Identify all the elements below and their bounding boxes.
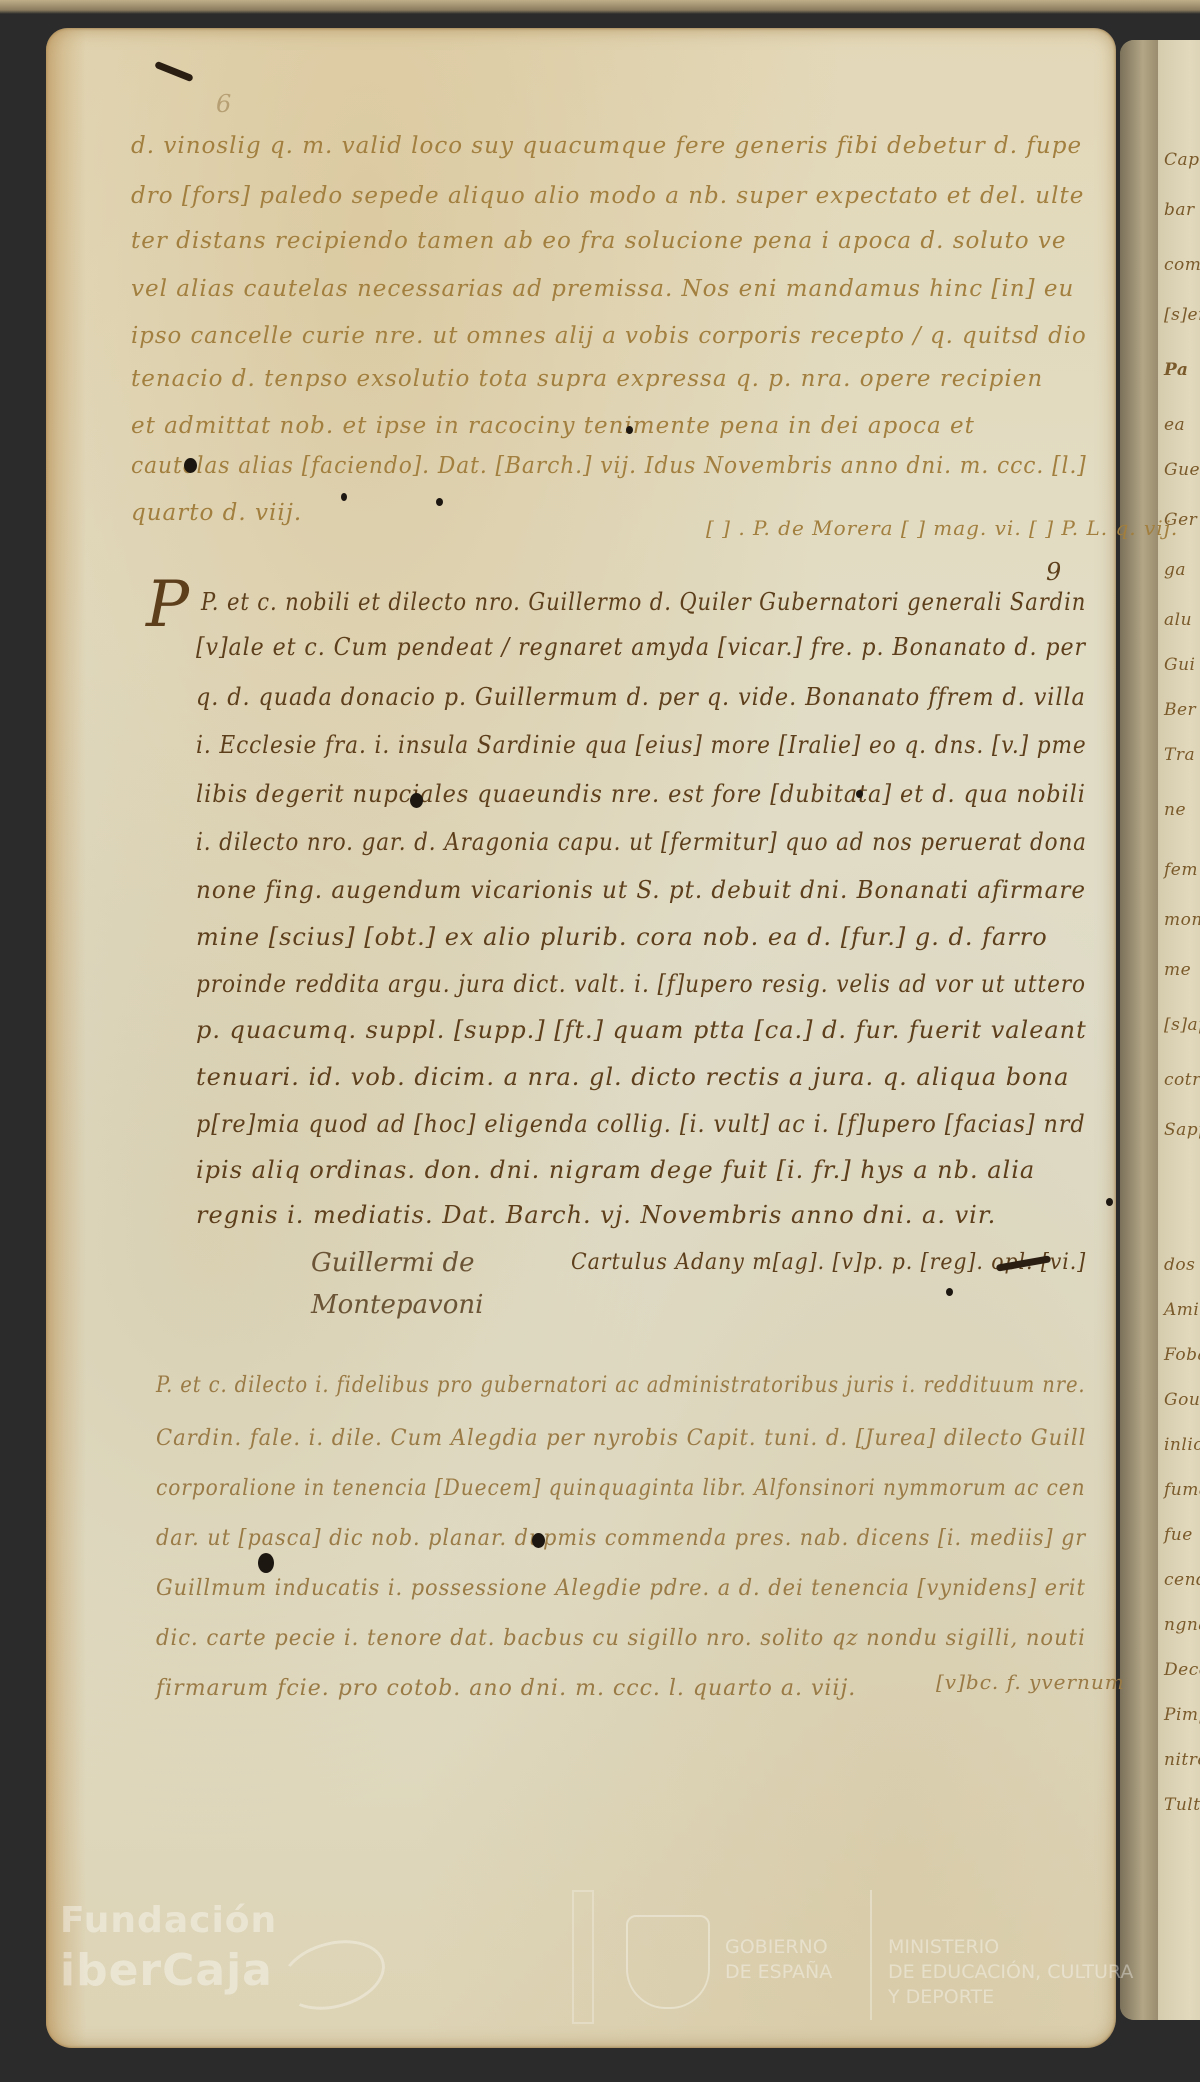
text-line: mine [scius] [obt.] ex alio plurib. cora… <box>196 923 1048 951</box>
watermark-text: Y DEPORTE <box>888 1985 1133 2010</box>
adjacent-text: fuma <box>1164 1480 1200 1500</box>
watermark-foundation: Fundación <box>60 1900 277 1941</box>
text-line: ipis aliq ordinas. don. dni. nigram dege… <box>196 1156 1035 1184</box>
adjacent-text: Sappi <box>1164 1120 1200 1140</box>
adjacent-text: [s]em <box>1164 305 1200 325</box>
watermark-text: MINISTERIO <box>888 1935 1133 1960</box>
wormhole <box>532 1533 545 1548</box>
adjacent-text: Cap <box>1164 150 1200 170</box>
adjacent-text: Gui <box>1164 655 1195 675</box>
page-stain <box>46 28 86 2048</box>
text-line: tenuari. id. vob. dicim. a nra. gl. dict… <box>196 1063 1069 1091</box>
adjacent-text: Tult <box>1164 1795 1200 1815</box>
adjacent-text: Gou <box>1164 1390 1200 1410</box>
wormhole <box>341 493 347 501</box>
text-line: tenacio d. tenpso exsolutio tota supra e… <box>131 366 1043 392</box>
text-line: firmarum fcie. pro cotob. ano dni. m. cc… <box>156 1676 856 1701</box>
adjacent-text: Pa <box>1164 360 1188 380</box>
adjacent-text: fem <box>1164 860 1198 880</box>
text-line: quarto d. viij. <box>131 500 302 526</box>
adjacent-text: Ami <box>1164 1300 1199 1320</box>
adjacent-text: [s]ap <box>1164 1015 1200 1035</box>
watermark-text: DE ESPAÑA <box>725 1960 832 1985</box>
text-line: ipso cancelle curie nre. ut omnes alij a… <box>131 323 1087 349</box>
wormhole <box>436 498 443 506</box>
text-line: i. Ecclesie fra. i. insula Sardinie qua … <box>196 731 1087 759</box>
adjacent-text: mon <box>1164 910 1200 930</box>
text-line: ter distans recipiendo tamen ab eo fra s… <box>131 228 1067 254</box>
adjacent-text: Ber <box>1164 700 1196 720</box>
text-line: P. et c. dilecto i. fidelibus pro gubern… <box>156 1373 1086 1398</box>
initial-letter: P <box>146 568 189 642</box>
wormhole <box>856 790 863 798</box>
wormhole <box>1106 1198 1113 1206</box>
adjacent-text: Gue <box>1164 460 1200 480</box>
wormhole <box>946 1288 953 1296</box>
watermark-text: DE EDUCACIÓN, CULTURA <box>888 1960 1133 1985</box>
text-line: dic. carte pecie i. tenore dat. bacbus c… <box>156 1626 1086 1651</box>
text-line: Guillmum inducatis i. possessione Alegdi… <box>156 1576 1086 1601</box>
adjacent-text: inlio <box>1164 1435 1200 1455</box>
adjacent-text: Tra <box>1164 745 1195 765</box>
watermark-government: GOBIERNO DE ESPAÑA <box>725 1935 832 1985</box>
text-line: none fing. augendum vicarionis ut S. pt.… <box>196 876 1086 904</box>
text-line: i. dilecto nro. gar. d. Aragonia capu. u… <box>196 828 1087 856</box>
notary-signature: [v]bc. f. yvernum <box>936 1670 1125 1694</box>
background-edge <box>0 0 1200 30</box>
signature-name: Guillermi de <box>311 1248 475 1278</box>
watermark-text: GOBIERNO <box>725 1935 832 1960</box>
adjacent-text: fue <box>1164 1525 1193 1545</box>
adjacent-text: alu <box>1164 610 1192 630</box>
ink-stroke <box>154 61 194 82</box>
adjacent-text: Pimpe <box>1164 1705 1200 1725</box>
folio-number: 6 <box>216 90 231 118</box>
adjacent-text: ngna <box>1164 1615 1200 1635</box>
adjacent-page: Cap bar com [s]em Pa ea Gue Ger ga alu G… <box>1120 40 1200 2020</box>
text-line: dar. ut [pasca] dic nob. planar. dupmis … <box>156 1526 1086 1551</box>
wormhole <box>258 1553 274 1573</box>
adjacent-text: Fobar <box>1164 1345 1200 1365</box>
text-line: Cardin. fale. i. dile. Cum Alegdia per n… <box>156 1426 1086 1451</box>
text-line: p. quacumq. suppl. [supp.] [ft.] quam pt… <box>196 1016 1087 1044</box>
notary-signature: [ ] . P. de Morera [ ] mag. vi. [ ] P. L… <box>706 516 1178 540</box>
flag-bar-icon <box>572 1890 594 2024</box>
text-line: q. d. quada donacio p. Guillermum d. per… <box>196 683 1086 711</box>
text-line: proinde reddita argu. jura dict. valt. i… <box>196 970 1086 998</box>
text-line: cautelas alias [faciendo]. Dat. [Barch.]… <box>131 453 1087 479</box>
text-line: p[re]mia quod ad [hoc] eligenda collig. … <box>196 1110 1086 1138</box>
text-line: dro [fors] paledo sepede aliquo alio mod… <box>131 183 1084 209</box>
text-line: regnis i. mediatis. Dat. Barch. vj. Nove… <box>196 1201 996 1229</box>
adjacent-text: bar <box>1164 200 1195 220</box>
text-line: et admittat nob. et ipse in racociny ten… <box>131 413 975 439</box>
text-line: P. et c. nobili et dilecto nro. Guillerm… <box>201 588 1086 616</box>
coat-of-arms-icon <box>626 1915 710 2009</box>
watermark-ministry: MINISTERIO DE EDUCACIÓN, CULTURA Y DEPOR… <box>888 1935 1133 2010</box>
watermark-divider <box>870 1890 872 2020</box>
adjacent-text: ga <box>1164 560 1186 580</box>
adjacent-text: Decclo <box>1164 1660 1200 1680</box>
adjacent-text: com <box>1164 255 1200 275</box>
adjacent-text: me <box>1164 960 1191 980</box>
page-gutter <box>1120 40 1158 2020</box>
signature-name: Montepavoni <box>311 1290 483 1320</box>
adjacent-text: nitrou <box>1164 1750 1200 1770</box>
manuscript-page: 6 d. vinoslig q. m. valid loco suy quacu… <box>46 28 1116 2048</box>
adjacent-text: ne <box>1164 800 1186 820</box>
adjacent-text: cotra <box>1164 1070 1200 1090</box>
wormhole <box>184 458 197 473</box>
adjacent-text: ea <box>1164 415 1185 435</box>
adjacent-text: dos <box>1164 1255 1195 1275</box>
text-line: corporalione in tenencia [Duecem] quinqu… <box>156 1476 1085 1501</box>
text-line: vel alias cautelas necessarias ad premis… <box>131 276 1074 302</box>
watermark-foundation: iberCaja <box>60 1945 273 1996</box>
text-line: [v]ale et c. Cum pendeat / regnaret amyd… <box>196 633 1086 661</box>
wormhole <box>626 426 633 434</box>
wormhole <box>410 793 423 808</box>
margin-mark: 9 <box>1046 558 1061 586</box>
adjacent-text: cende <box>1164 1570 1200 1590</box>
text-line: d. vinoslig q. m. valid loco suy quacumq… <box>131 133 1082 159</box>
text-line: libis degerit nupciales quaeundis nre. e… <box>196 780 1086 808</box>
